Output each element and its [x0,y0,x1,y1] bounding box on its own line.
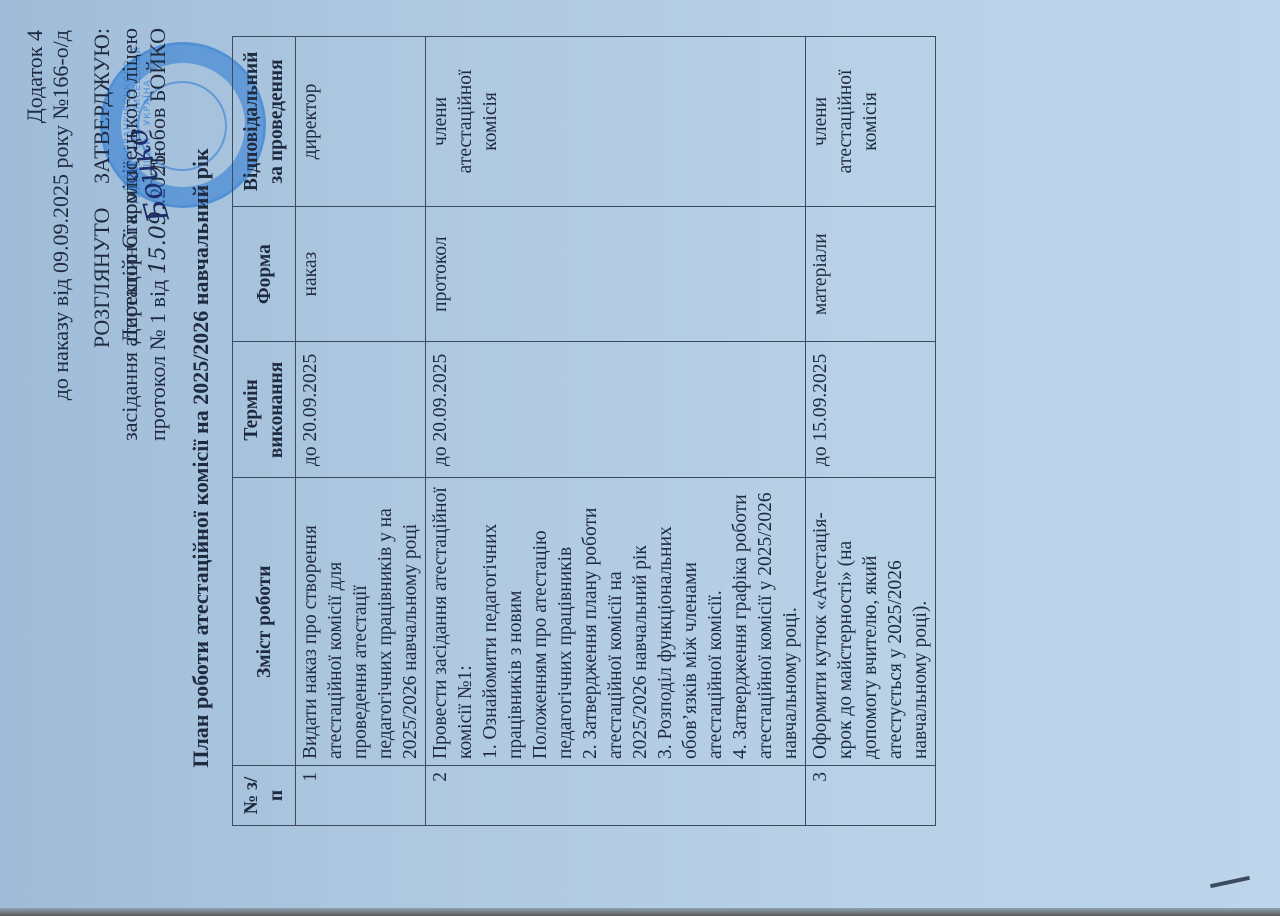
header-form: Форма [233,206,296,342]
row-form: наказ [296,206,426,342]
header-term: Термін виконання [233,342,296,478]
row-responsible: члени атестаційної комісія [806,37,936,207]
document-page: Додаток 4 до наказу від 09.09.2025 року … [0,0,1280,916]
row-responsible: члени атестаційної комісія [426,37,806,207]
annex-number: Додаток 4 [22,30,48,400]
row-content: Видати наказ про створення атестаційної … [296,478,426,766]
row-content: Провести засідання атестаційної комісії … [426,478,806,766]
approved-title: ЗАТВЕРДЖУЮ: [88,28,116,343]
row-form: протокол [426,206,806,342]
row-responsible: директор [296,37,426,207]
desk-edge [0,908,1280,916]
row-num: 1 [296,766,426,826]
approved-block: ЗАТВЕРДЖУЮ: Директор Старолисецького ліц… [88,28,172,343]
annex-order-reference: до наказу від 09.09.2025 року №166-о/д [48,30,74,400]
row-term: до 20.09.2025 [426,342,806,478]
table-row: 3 Оформити кутюк «Атестація- крок до май… [806,37,936,826]
table-row: 1 Видати наказ про створення атестаційно… [296,37,426,826]
row-form: матеріали [806,206,936,342]
approved-position: Директор Старолисецького ліцею [116,28,144,343]
document-title: План роботи атестаційної комісії на 2025… [188,0,214,916]
approved-name: Любов БОЙКО [144,28,172,343]
table-row: 2 Провести засідання атестаційної комісі… [426,37,806,826]
row-num: 3 [806,766,936,826]
header-responsible: Відповідальний за проведення [233,37,296,207]
row-term: до 20.09.2025 [296,342,426,478]
row-content: Оформити кутюк «Атестація- крок до майст… [806,478,936,766]
table-header-row: № з/п Зміст роботи Термін виконання Форм… [233,37,296,826]
row-num: 2 [426,766,806,826]
annex-header: Додаток 4 до наказу від 09.09.2025 року … [22,30,74,400]
pen-mark [1210,876,1250,888]
row-term: до 15.09.2025 [806,342,936,478]
header-num: № з/п [233,766,296,826]
header-content: Зміст роботи [233,478,296,766]
work-plan-table: № з/п Зміст роботи Термін виконання Форм… [232,36,936,826]
